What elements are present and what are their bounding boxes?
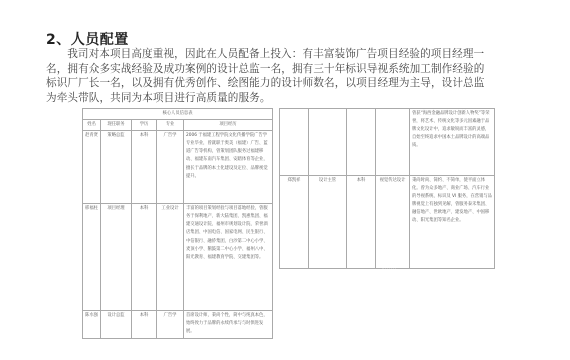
table-row: 赵青贤 策略总监 本科 广告学 2006 于福建工程学院文化传播学院广告学专业毕… [83, 131, 273, 204]
cell-education: 本科 [132, 311, 157, 339]
intro-paragraph: 我司对本项目高度重视，因此在人员配备上投入：有丰富装饰广告项目经验的项目经理一名… [46, 47, 494, 105]
table-row: 曾获“海西金融品牌设计创新人物奖”等荣誉，将艺术、传统文化等多元因素融于品牌文化… [280, 109, 495, 176]
section-heading: 2、人员配置 [46, 29, 129, 49]
header-experience: 项目经历 [184, 120, 273, 131]
cell-name: 郑凯祥 [280, 176, 309, 269]
table-header-row: 姓名 现任职务 学历 专业 项目经历 [83, 120, 273, 131]
cell-major: 工业设计 [157, 204, 184, 311]
cell-name: 邢福柱 [83, 204, 101, 311]
cell-position: 项目经理 [101, 204, 132, 311]
cell-major: 广告学 [157, 131, 184, 204]
header-education: 学历 [132, 120, 157, 131]
cell-education: 本科 [132, 131, 157, 204]
cell-experience: 秉尚时尚、简约、不简单，使平面立体化。曾为众多地产、商业广场、汽车行业的导视系统… [410, 176, 495, 269]
core-staff-table-continued: 曾获“海西金融品牌设计创新人物奖”等荣誉，将艺术、传统文化等多元因素融于品牌文化… [279, 108, 495, 269]
cell-major: 广告学 [157, 311, 184, 339]
table-row: 郑凯祥 设计主管 本科 视觉传达设计 秉尚时尚、简约、不简单，使平面立体化。曾为… [280, 176, 495, 269]
cell-name: 陈水强 [83, 311, 101, 339]
table-row: 邢福柱 项目经理 本科 工业设计 丰富的项目策划经验与项目落地经验，曾服务于保利… [83, 204, 273, 311]
table-resize-handle [382, 268, 396, 271]
cell-name: 赵青贤 [83, 131, 101, 204]
core-staff-table: 核心人员信息表 姓名 现任职务 学历 专业 项目经历 赵青贤 策略总监 本科 广… [82, 108, 273, 339]
cell-experience: 丰富的项目策划经验与项目落地经验，曾服务于保利地产、新大陆集团、凯惠集团、福建交… [184, 204, 273, 311]
cell-position: 设计主管 [309, 176, 347, 269]
header-position: 现任职务 [101, 120, 132, 131]
table-title: 核心人员信息表 [83, 109, 273, 120]
header-name: 姓名 [83, 120, 101, 131]
cell-major: 视觉传达设计 [376, 176, 410, 269]
cell-education: 本科 [347, 176, 376, 269]
cell-position: 策略总监 [101, 131, 132, 204]
table-row: 陈水强 设计总监 本科 广告学 首席设计师，秉尚个性，简中与纯真本色，始终致力于… [83, 311, 273, 339]
cell-experience: 首席设计师，秉尚个性，简中与纯真本色，始终致力于品牌的永续传承与与时俱进发展。 [184, 311, 273, 339]
cell-position: 设计总监 [101, 311, 132, 339]
header-major: 专业 [157, 120, 184, 131]
cell-experience-continued: 曾获“海西金融品牌设计创新人物奖”等荣誉，将艺术、传统文化等多元因素融于品牌文化… [410, 109, 495, 176]
cell-education: 本科 [132, 204, 157, 311]
cell-experience: 2006 于福建工程学院文化传播学院广告学专业毕业，曾就职于奥美（福建）广告、蓝… [184, 131, 273, 204]
